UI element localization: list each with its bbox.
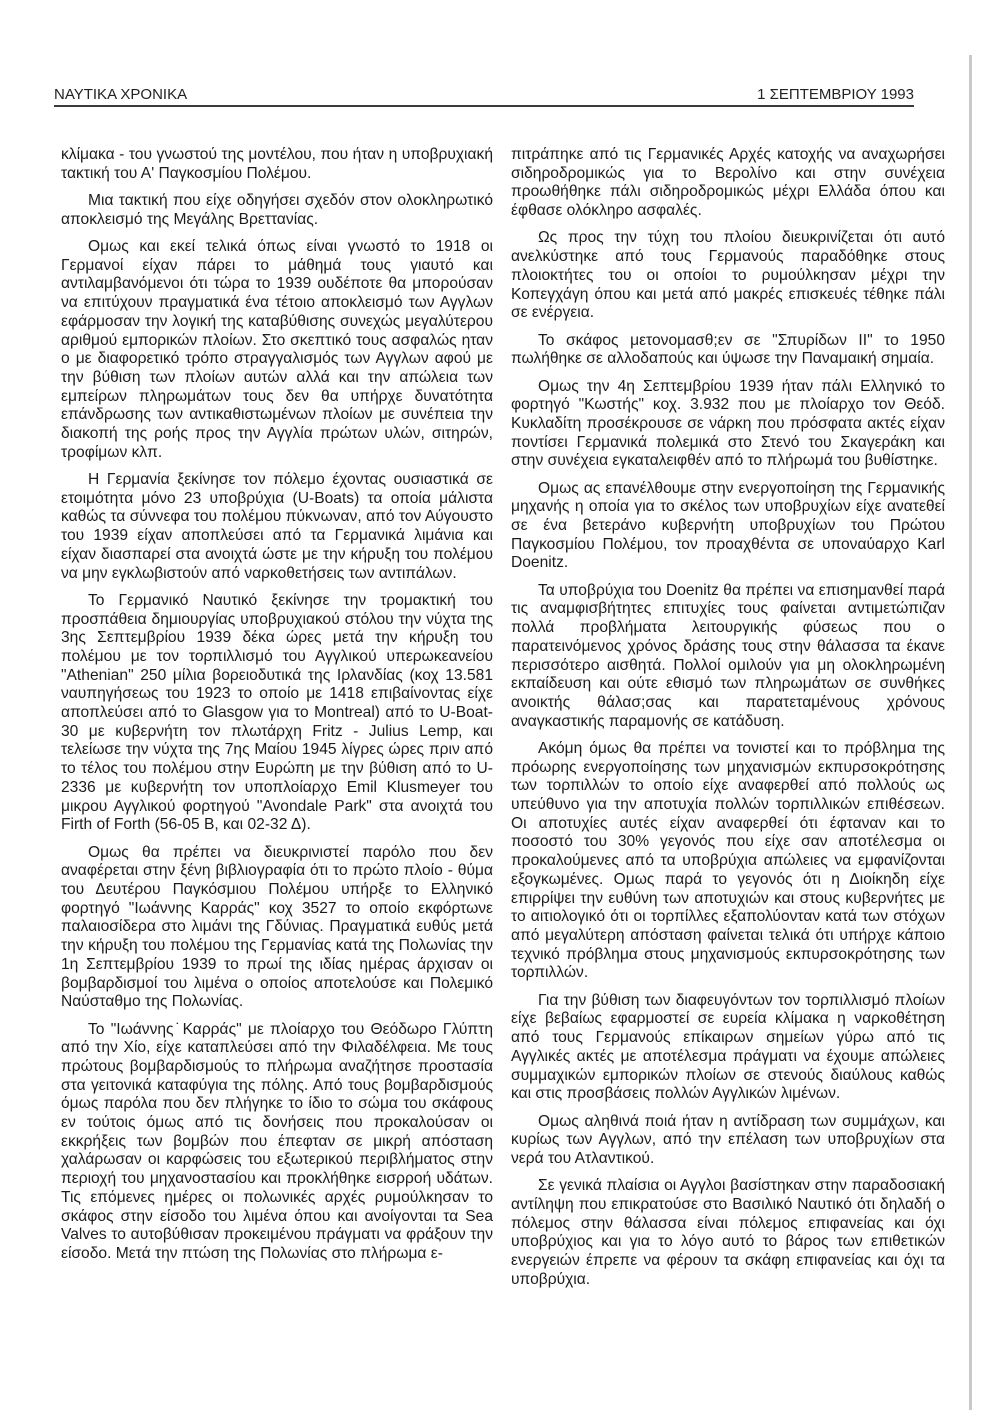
paragraph: Το "Ιωάννης˙Καρράς" με πλοίαρχο του Θεόδ… — [61, 1021, 493, 1264]
paragraph: Σε γενικά πλαίσια οι Αγγλοι βασίστηκαν σ… — [511, 1177, 945, 1289]
issue-date: 1 ΣΕΠΤΕΜΒΡΙΟΥ 1993 — [757, 86, 914, 103]
paragraph: Ομως θα πρέπει να διευκρινιστεί παρόλο π… — [61, 844, 493, 1012]
page-edge-shadow — [969, 55, 972, 1410]
paragraph: Για την βύθιση των διαφευγόντων τον τορπ… — [511, 992, 945, 1104]
paragraph: Ομως ας επανέλθουμε στην ενεργοποίηση τη… — [511, 480, 945, 574]
paragraph: Ομως και εκεί τελικά όπως είναι γνωστό τ… — [61, 238, 493, 462]
left-column: κλίμακα - του γνωστού της μοντέλου, που … — [61, 146, 493, 1272]
paragraph: πιτράπηκε από τις Γερμανικές Αρχές κατοχ… — [511, 146, 945, 221]
header-rule — [54, 105, 914, 107]
paragraph: Ακόμη όμως θα πρέπει να τονιστεί και το … — [511, 740, 945, 983]
publication-title: ΝΑΥΤΙΚΑ ΧΡΟΝΙΚΑ — [54, 86, 187, 103]
paragraph: Το σκάφος μετονομασθ;εν σε "Σπυρίδων ΙΙ"… — [511, 332, 945, 369]
paragraph: Η Γερμανία ξεκίνησε τον πόλεμο έχοντας ο… — [61, 471, 493, 583]
paragraph: Ομως την 4η Σεπτεμβρίου 1939 ήταν πάλι Ε… — [511, 378, 945, 472]
paragraph: Μια τακτική που είχε οδηγήσει σχεδόν στο… — [61, 192, 493, 229]
paragraph: Ως προς την τύχη του πλοίου διευκρινίζετ… — [511, 229, 945, 323]
paragraph: Το Γερμανικό Ναυτικό ξεκίνησε την τρομακ… — [61, 592, 493, 835]
paragraph: κλίμακα - του γνωστού της μοντέλου, που … — [61, 146, 493, 183]
paragraph: Τα υποβρύχια του Doenitz θα πρέπει να επ… — [511, 582, 945, 732]
right-column: πιτράπηκε από τις Γερμανικές Αρχές κατοχ… — [511, 146, 945, 1298]
paragraph: Ομως αληθινά ποιά ήταν η αντίδραση των σ… — [511, 1113, 945, 1169]
